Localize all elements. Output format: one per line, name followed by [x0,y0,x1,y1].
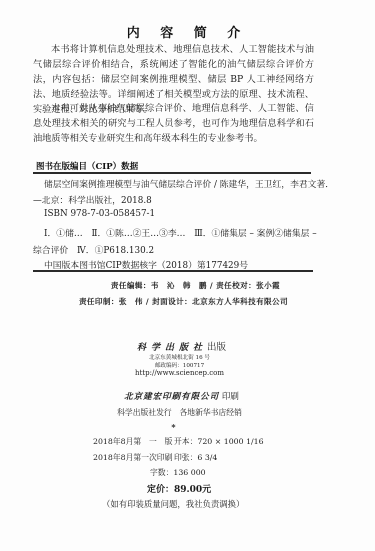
cip-top-rule [33,172,311,174]
quality-notice: （如有印装质量问题，我社负责调换） [102,498,244,510]
edition-line: 2018年8月第 一 版 [93,436,172,447]
separator-asterisk: * [0,422,361,432]
publisher-calligraphy: 科学出版社 [137,343,207,353]
cip-header: 图书在版编目（CIP）数据 [36,160,138,172]
cip-classification-line: Ⅰ．①储… Ⅱ．①陈…②王…③李… Ⅲ．①储集层 – 案例②储集层 – [44,226,317,239]
publisher-suffix: 出版 [207,342,226,353]
production-credits: 责任印制：张 伟 / 封面设计：北京东方人华科技有限公司 [0,296,371,307]
copyright-page: 内 容 简 介 本书将计算机信息处理技术、地理信息技术、人工智能技术与油气储层综… [0,0,375,551]
publisher-address: 北京东黄城根北街 16 号 [0,353,367,361]
editor-credits: 责任编辑：韦 沁 韩 鹏 / 责任校对：张小霞 [8,280,375,291]
format-line: 开本：720 × 1000 1/16 [174,436,264,447]
cip-classification-line-2: 综合评价 Ⅳ．①P618.130.2 [33,243,154,256]
publisher-website: http://www.sciencep.com [0,369,367,377]
cip-publisher-line: —北京：科学出版社，2018.8 [33,193,152,206]
printer-suffix: 印刷 [222,392,239,402]
summary-paragraph-2: 本书可供从事油气储层综合评价、地理信息科学、人工智能、信息处理技术相关的研究与工… [33,101,314,146]
price: 定价：89.00元 [147,482,211,495]
cip-title-line: 储层空间案例推理模型与油气储层综合评价 / 陈建华，王卫红，李君文著． [44,177,334,190]
sheets-line: 印张：6 3/4 [174,452,217,463]
word-count: 字数：136 000 [150,467,206,478]
cip-isbn-line: ISBN 978-7-03-058457-1 [44,209,155,219]
publisher-postcode: 邮政编码：100717 [0,361,367,369]
printer-name: 北京建宏印刷有限公司 印刷 [0,390,369,402]
summary-title: 内 容 简 介 [0,22,375,41]
printing-line: 2018年8月第一次印刷 [93,452,172,463]
publisher-name: 科学出版社出版 [0,339,369,353]
distribution-line: 科学出版社发行 各地新华书店经销 [0,407,367,418]
cip-bottom-rule [33,270,313,272]
printer-calligraphy: 北京建宏印刷有限公司 [124,392,219,402]
